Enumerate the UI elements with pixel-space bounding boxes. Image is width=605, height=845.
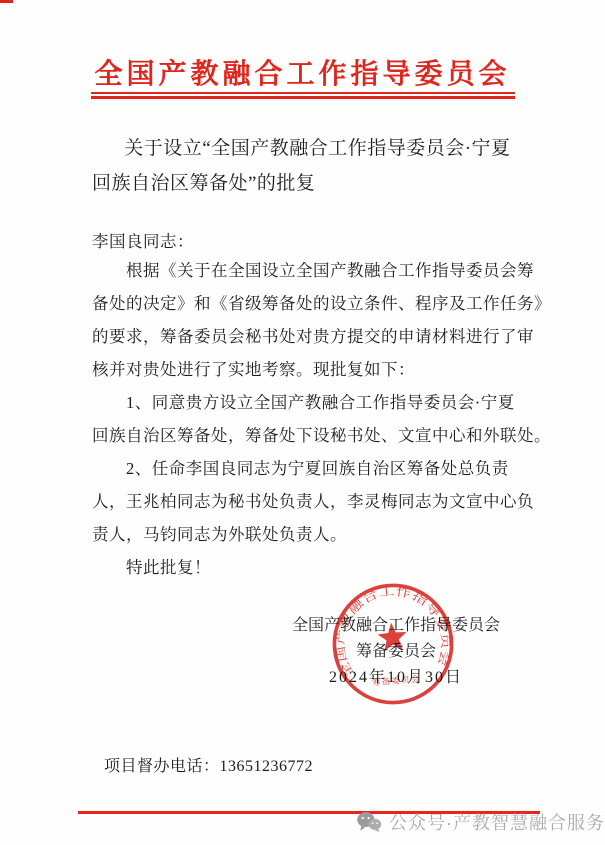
document-page: 全国产教融合工作指导委员会 关于设立“全国产教融合工作指导委员会·宁夏 回族自治… — [0, 0, 605, 845]
body-line: 2、任命李国良同志为宁夏回族自治区筹备处总负责 — [92, 452, 522, 485]
signature-org-line: 全国产教融合工作指导委员会 — [288, 613, 504, 639]
body-line: 备处的决定》和《省级筹备处的设立条件、程序及工作任务》 — [92, 287, 522, 320]
phone-line: 项目督办电话：13651236772 — [104, 753, 313, 776]
document-body: 根据《关于在全国设立全国产教融合工作指导委员会筹 备处的决定》和《省级筹备处的设… — [92, 254, 522, 584]
wechat-icon — [356, 811, 382, 833]
org-header-underline-thick — [91, 96, 515, 99]
signature-date: 2024年10月30日 — [288, 665, 504, 691]
body-line: 根据《关于在全国设立全国产教融合工作指导委员会筹 — [92, 254, 522, 287]
body-line: 责人，马钧同志为外联处负责人。 — [92, 518, 522, 551]
body-line: 回族自治区筹备处，筹备处下设秘书处、文宣中心和外联处。 — [92, 419, 522, 452]
watermark: 公众号·产教智慧融合服务 — [356, 809, 605, 835]
body-line: 的要求，筹备委员会秘书处对贵方提交的申请材料进行了审 — [92, 320, 522, 353]
document-title-line2: 回族自治区筹备处”的批复 — [92, 166, 513, 201]
salutation: 李国良同志： — [92, 228, 513, 252]
signature-committee-line: 筹备委员会 — [288, 639, 504, 665]
page-edge-red-mark — [0, 0, 13, 3]
watermark-text: 公众号·产教智慧融合服务 — [389, 809, 605, 835]
body-line: 1、同意贵方设立全国产教融合工作指导委员会·宁夏 — [92, 386, 522, 419]
body-line: 核并对贵处进行了实地考察。现批复如下： — [92, 353, 522, 386]
body-line: 特此批复！ — [92, 551, 522, 584]
org-header-underline-thin — [91, 92, 515, 94]
signature-block: 全国产教融合工作指导委员会 筹备委员会 2024年10月30日 — [288, 613, 504, 691]
document-title-line1: 关于设立“全国产教融合工作指导委员会·宁夏 — [92, 131, 513, 166]
document-title: 关于设立“全国产教融合工作指导委员会·宁夏 回族自治区筹备处”的批复 — [92, 131, 513, 201]
body-line: 人，王兆柏同志为秘书处负责人，李灵梅同志为文宣中心负 — [92, 485, 522, 518]
org-header-title: 全国产教融合工作指导委员会 — [0, 52, 605, 92]
